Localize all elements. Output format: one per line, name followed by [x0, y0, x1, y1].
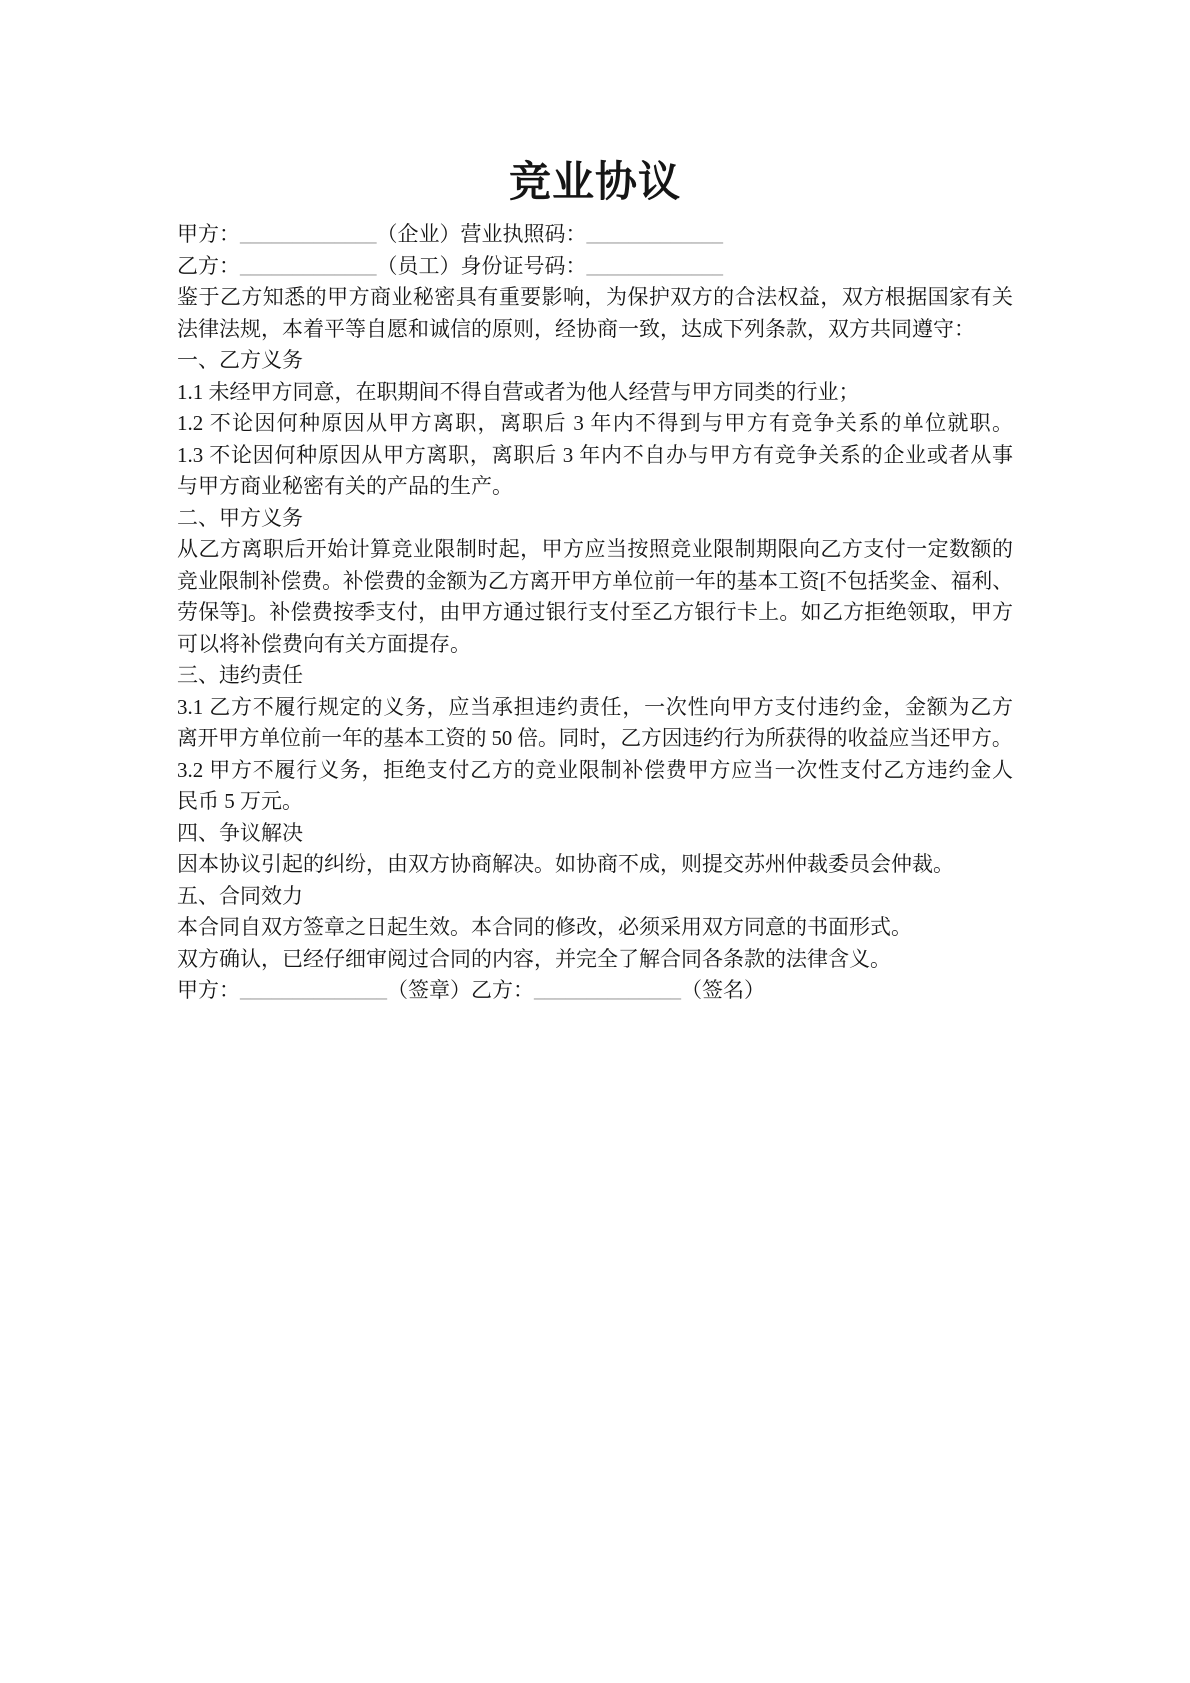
clause-3-1-line-2: 离开甲方单位前一年的基本工资的 50 倍。同时，乙方因违约行为所获得的收益应当还… [177, 723, 998, 755]
section-2-line-3: 劳保等]。补偿费按季支付，由甲方通过银行支付至乙方银行卡上。如乙方拒绝领取，甲方 [177, 597, 1013, 629]
clause-3-1-line-1: 3.1 乙方不履行规定的义务，应当承担违约责任，一次性向甲方支付违约金，金额为乙… [177, 692, 1013, 724]
blank-underline: _____________ [587, 222, 724, 246]
section-2-line-2: 竞业限制补偿费。补偿费的金额为乙方离开甲方单位前一年的基本工资[不包括奖金、福利… [177, 566, 1002, 598]
signature-line: 甲方：______________（签章）乙方：______________（签… [177, 975, 1013, 1007]
blank-underline: _____________ [587, 254, 724, 278]
blank-underline: ______________ [534, 978, 681, 1002]
clause-1-1: 1.1 未经甲方同意，在职期间不得自营或者为他人经营与甲方同类的行业； [177, 377, 1013, 409]
party-b-line: 乙方：_____________（员工）身份证号码：_____________ [177, 251, 1013, 283]
blank-underline: _____________ [240, 254, 377, 278]
section-5-line-1: 本合同自双方签章之日起生效。本合同的修改，必须采用双方同意的书面形式。 [177, 912, 1013, 944]
preamble-line-2: 法律法规，本着平等自愿和诚信的原则，经协商一致，达成下列条款，双方共同遵守： [177, 314, 1013, 346]
document-page: 竞业协议 甲方：_____________（企业）营业执照码：_________… [0, 0, 1190, 1683]
section-5-heading: 五、合同效力 [177, 881, 1013, 913]
clause-3-2-line-1: 3.2 甲方不履行义务，拒绝支付乙方的竞业限制补偿费甲方应当一次性支付乙方违约金… [177, 755, 1013, 787]
clause-1-3-line-1: 1.3 不论因何种原因从甲方离职，离职后 3 年内不自办与甲方有竞争关系的企业或… [177, 440, 1013, 472]
section-4-line-1: 因本协议引起的纠纷，由双方协商解决。如协商不成，则提交苏州仲裁委员会仲裁。 [177, 849, 1013, 881]
section-1-heading: 一、乙方义务 [177, 345, 1013, 377]
blank-underline: ______________ [240, 978, 387, 1002]
document-body: 甲方：_____________（企业）营业执照码：_____________乙… [177, 219, 1013, 1007]
section-2-line-4: 可以将补偿费向有关方面提存。 [177, 629, 1013, 661]
clause-1-2: 1.2 不论因何种原因从甲方离职，离职后 3 年内不得到与甲方有竞争关系的单位就… [177, 408, 1013, 440]
section-4-heading: 四、争议解决 [177, 818, 1013, 850]
preamble-line-1: 鉴于乙方知悉的甲方商业秘密具有重要影响，为保护双方的合法权益，双方根据国家有关 [177, 282, 1013, 314]
section-3-heading: 三、违约责任 [177, 660, 1013, 692]
document-title: 竞业协议 [177, 152, 1013, 212]
section-2-heading: 二、甲方义务 [177, 503, 1013, 535]
section-5-line-2: 双方确认，已经仔细审阅过合同的内容，并完全了解合同各条款的法律含义。 [177, 944, 1013, 976]
blank-underline: _____________ [240, 222, 377, 246]
clause-3-2-line-2: 民币 5 万元。 [177, 786, 1013, 818]
clause-1-3-line-2: 与甲方商业秘密有关的产品的生产。 [177, 471, 1013, 503]
section-2-line-1: 从乙方离职后开始计算竞业限制时起，甲方应当按照竞业限制期限向乙方支付一定数额的 [177, 534, 1013, 566]
party-a-line: 甲方：_____________（企业）营业执照码：_____________ [177, 219, 1013, 251]
